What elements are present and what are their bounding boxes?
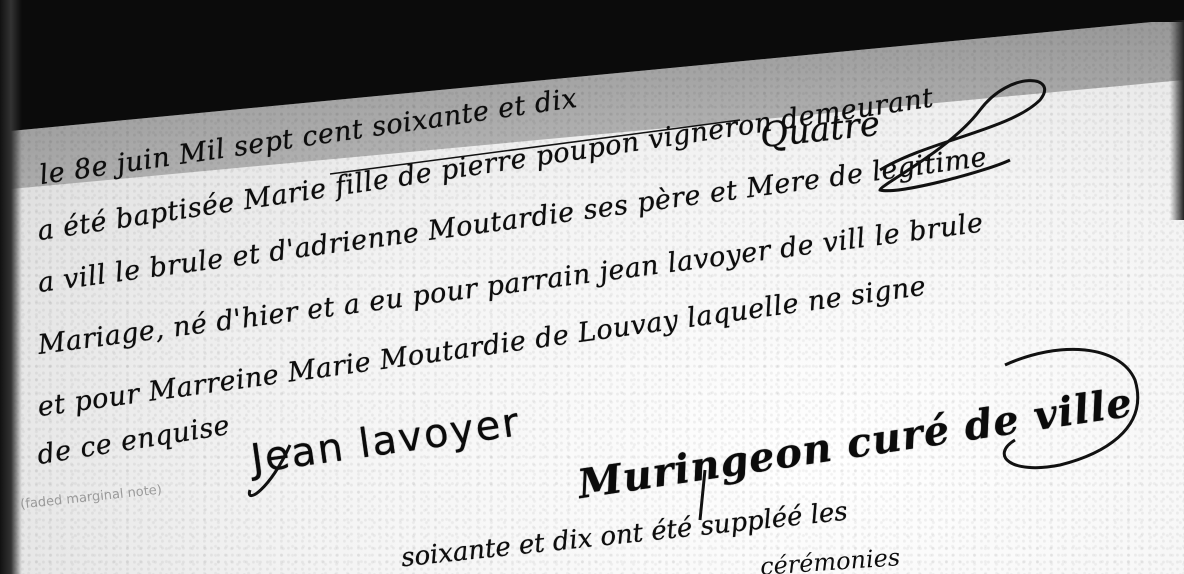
document-scan: le 8e juin Mil sept cent soixante et dix… [0,0,1184,574]
page-right-edge [1170,20,1184,220]
page-left-edge [0,0,22,574]
